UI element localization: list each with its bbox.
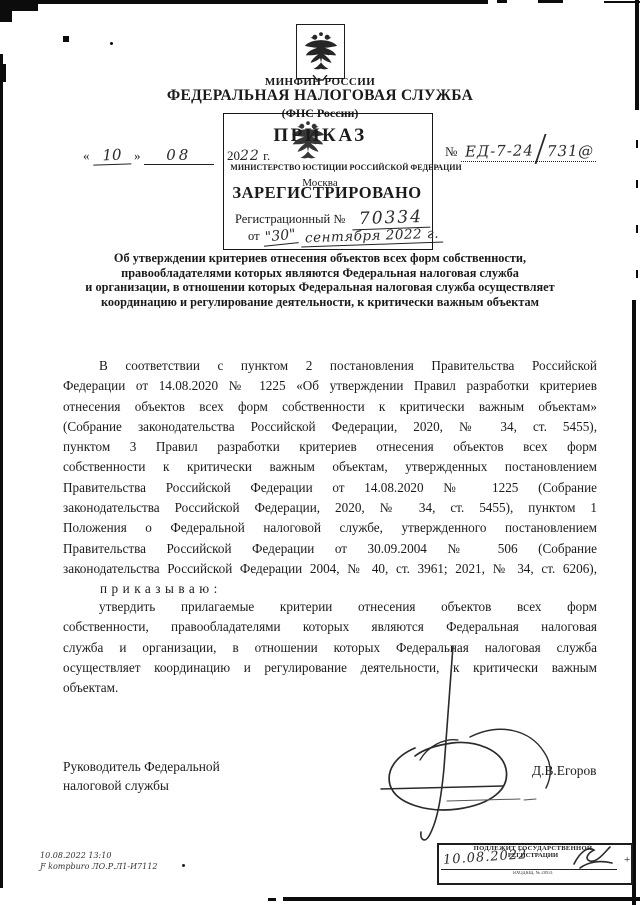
title-line: и организации, в отношении которых Федер… [30,280,610,295]
body-line: (Собрание законодательства Российской Фе… [63,417,597,437]
body-paragraph-1: В соответствии с пунктом 2 постановления… [63,356,597,600]
signer-role: Руководитель Федеральной налоговой служб… [63,757,220,795]
number-label: № [445,144,457,159]
coat-of-arms-eagle-icon [302,30,340,74]
scan-edge-top-dash [497,0,507,3]
body-line: отнесения объектов всех форм собственнос… [63,397,597,417]
title-line: правообладателями которых являются Федер… [30,266,610,281]
body-line: законодательства Российской Федерации, 2… [63,498,597,518]
registration-number-label: Регистрационный № [235,212,345,226]
signer-role-line: налоговой службы [63,776,220,795]
handwritten-at-sign: @ [578,142,594,160]
footer-code: Ƒ kompburo ЛО.Р.Л1-И7112 [40,861,157,872]
scanned-document-page: { "header": { "ministry": "МИНФИН РОССИИ… [0,0,640,905]
date-close-quote: » [134,148,141,163]
body-line: Правительства Российской Федерации от 14… [63,478,597,498]
body-line: законодательства Российской Федерации 20… [63,559,597,579]
coat-of-arms-box [296,24,345,79]
handwritten-number-part2: 731 [546,142,578,161]
registration-date-line: от "30" сентября 2022 г. [248,228,443,245]
date-open-quote: « [83,148,90,163]
scan-edge-bottom-dash [268,898,276,901]
body-line: собственности к критически важным объект… [63,457,597,477]
body-line: утвердить прилагаемые критерии отнесения… [63,597,597,617]
signer-role-line: Руководитель Федеральной [63,757,220,776]
scan-corner-blob [0,0,12,22]
registered-label: ЗАРЕГИСТРИРОВАНО [223,183,431,203]
footer-timestamp: 10.08.2022 13:10 [40,850,157,861]
body-line: Федерации от 14.08.2020 № 1225 «Об утвер… [63,376,597,396]
handwritten-number-part1: ЕД-7-24 [465,141,534,160]
scan-speck-dot [110,42,113,45]
scan-edge-bottom-line [283,897,640,901]
scan-edge-right-dot [636,225,638,233]
handwritten-month: 08 [144,146,214,165]
signature-scribble [368,636,568,846]
registration-number-line: Регистрационный № 70334 [235,208,430,229]
body-line: Правительства Российской Федерации от 30… [63,539,597,559]
scan-edge-top-dash [538,0,563,3]
scan-speck-square [63,36,69,42]
handwritten-number-group: ЕД-7-24/731@ [461,142,597,162]
body-line: В соответствии с пунктом 2 постановления… [63,356,597,376]
scan-speck-dot [182,864,185,867]
registration-date-prefix: от [248,229,260,243]
stamp-initials-scribble [570,842,618,872]
body-line: собственности, правообладателями которых… [63,617,597,637]
stamp-plus-mark: + [624,854,630,866]
handwritten-registration-day: "30" [262,226,298,247]
title-line: Об утверждении критериев отнесения объек… [30,251,610,266]
scan-edge-right-line [632,300,636,905]
agency-name: ФЕДЕРАЛЬНАЯ НАЛОГОВАЯ СЛУЖБА [0,87,640,105]
handwritten-day: 10 [92,145,131,165]
handwritten-slash: / [536,127,544,170]
scan-edge-right-dot [636,270,638,278]
title-line: координацию и регулирование деятельности… [30,295,610,310]
footer-scan-meta: 10.08.2022 13:10 Ƒ kompburo ЛО.Р.Л1-И711… [40,850,157,872]
body-line: Положения о Федеральной налоговой службе… [63,518,597,538]
handwritten-registration-month-year: сентября 2022 г. [300,226,443,248]
document-number-line: № ЕД-7-24/731@ [445,142,596,162]
document-title: Об утверждении критериев отнесения объек… [30,251,610,309]
scan-edge-top-bar [0,0,488,4]
justice-ministry-name: МИНИСТЕРСТВО ЮСТИЦИИ РОССИЙСКОЙ ФЕДЕРАЦИ… [230,162,423,172]
body-line: пунктом 3 Правил разработки критериев от… [63,437,597,457]
